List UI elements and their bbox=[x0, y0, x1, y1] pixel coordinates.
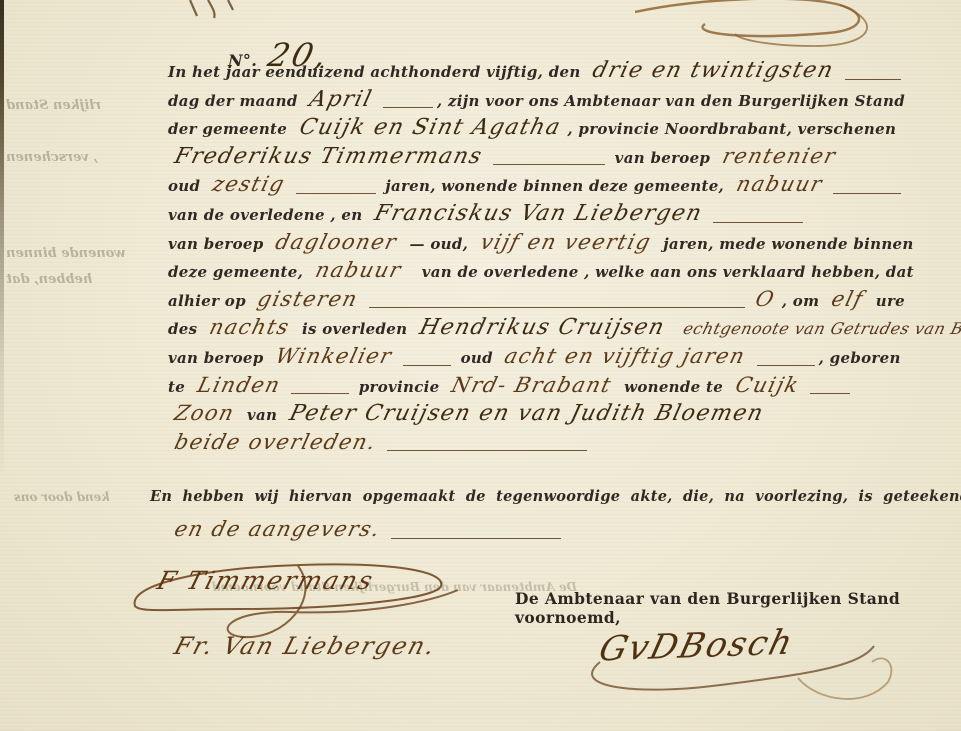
blank-rule bbox=[493, 164, 605, 165]
handwritten-text: Cuijk bbox=[733, 373, 802, 397]
page-edge-shadow bbox=[0, 0, 4, 480]
printed-text: te bbox=[168, 378, 191, 396]
printed-text: En hebben wij hiervan opgemaakt de tegen… bbox=[150, 488, 961, 505]
printed-text: van bbox=[241, 406, 282, 424]
printed-text: , zijn voor ons Ambtenaar van den Burger… bbox=[437, 92, 905, 110]
handwritten-text: Franciskus Van Liebergen bbox=[372, 201, 705, 226]
printed-text: , geboren bbox=[819, 349, 901, 367]
handwritten-text: drie en twintigsten bbox=[590, 58, 837, 83]
bleedthrough-text: wonende binnen bbox=[6, 246, 126, 261]
blank-rule bbox=[296, 193, 376, 194]
printed-text: ure bbox=[870, 292, 905, 310]
signature-declarant-1: F Timmermans bbox=[158, 566, 374, 595]
document-line: te Linden provincie Nrd- Brabant wonende… bbox=[168, 373, 905, 402]
handwritten-text: Zoon bbox=[172, 401, 237, 425]
handwritten-text: Nrd- Brabant bbox=[449, 373, 615, 397]
document-line: der gemeente Cuijk en Sint Agatha, provi… bbox=[168, 115, 905, 144]
handwritten-text: Frederikus Timmermans bbox=[172, 144, 485, 169]
bleedthrough-text: , verschenen bbox=[6, 150, 98, 165]
blank-rule bbox=[383, 107, 433, 108]
blank-rule bbox=[369, 307, 745, 308]
printed-text: des bbox=[168, 320, 203, 338]
printed-text: jaren, mede wonende binnen bbox=[658, 235, 914, 253]
printed-text: van beroep bbox=[168, 349, 269, 367]
document-line: beide overleden. bbox=[168, 430, 905, 459]
printed-text: der gemeente bbox=[168, 120, 293, 138]
handwritten-text: Linden bbox=[195, 373, 284, 397]
document-line: des nachts is overleden Hendrikus Cruijs… bbox=[168, 315, 905, 344]
handwritten-text: nabuur bbox=[734, 172, 826, 196]
handwritten-text: daglooner bbox=[273, 230, 400, 254]
handwritten-text: Peter Cruijsen en van Judith Bloemen bbox=[287, 401, 767, 426]
blank-rule bbox=[391, 538, 561, 539]
printed-text: deze gemeente, bbox=[168, 263, 309, 281]
official-title: De Ambtenaar van den Burgerlijken Stand … bbox=[515, 589, 961, 627]
document-line: Frederikus Timmermans van beroep renteni… bbox=[168, 144, 905, 173]
printed-text: In het jaar eenduizend achthonderd vijft… bbox=[168, 63, 586, 81]
handwritten-text: Cuijk en Sint Agatha bbox=[297, 115, 564, 140]
handwritten-text: April bbox=[307, 87, 375, 112]
handwritten-text: echtgenoote van Getrudes van Brij bbox=[676, 319, 961, 338]
handwritten-text: vijf en veertig bbox=[478, 230, 654, 254]
document-line: dag der maand April, zijn voor ons Ambte… bbox=[168, 87, 905, 116]
blank-rule bbox=[845, 79, 901, 80]
printed-text: , om bbox=[782, 292, 825, 310]
printed-text: , provincie Noordbrabant, verschenen bbox=[567, 120, 896, 138]
handwritten-text: rentenier bbox=[720, 144, 839, 168]
printed-text: oud bbox=[455, 349, 498, 367]
document-line: en de aangevers. bbox=[168, 517, 905, 546]
printed-text: dag der maand bbox=[168, 92, 303, 110]
document-line: In het jaar eenduizend achthonderd vijft… bbox=[168, 58, 905, 87]
handwritten-text: beide overleden. bbox=[172, 430, 379, 454]
bleedthrough-text: hebben, dat bbox=[6, 272, 92, 287]
signature-text: Fr. Van Liebergen. bbox=[171, 632, 440, 660]
signature-official: GvDBosch bbox=[599, 623, 794, 670]
signature-declarant-2: Fr. Van Liebergen. bbox=[175, 632, 436, 660]
blank-rule bbox=[757, 365, 815, 366]
document-line: van de overledene , en Franciskus Van Li… bbox=[168, 201, 905, 230]
handwritten-text: nachts bbox=[207, 315, 293, 339]
printed-text: — oud, bbox=[404, 235, 474, 253]
printed-text: alhier op bbox=[168, 292, 251, 310]
document-line: deze gemeente, nabuur van de overledene … bbox=[168, 258, 905, 287]
blank-rule bbox=[387, 450, 587, 451]
handwritten-text: acht en vijftig jaren bbox=[502, 344, 748, 368]
handwritten-text: zestig bbox=[210, 172, 288, 196]
handwritten-text: Winkelier bbox=[273, 344, 395, 368]
bleedthrough-text: kend door ons bbox=[14, 490, 110, 504]
document-line: oud zestig jaren, wonende binnen deze ge… bbox=[168, 172, 905, 201]
signature-text: F Timmermans bbox=[154, 566, 378, 595]
document-line: van beroep daglooner — oud, vijf en veer… bbox=[168, 230, 905, 259]
blank-rule bbox=[291, 393, 349, 394]
handwritten-text: nabuur bbox=[313, 258, 405, 282]
printed-text: is overleden bbox=[296, 320, 412, 338]
bleedthrough-text: rlijken Stand bbox=[6, 98, 101, 113]
blank-rule bbox=[810, 393, 850, 394]
blank-rule bbox=[713, 222, 803, 223]
printed-text: wonende te bbox=[619, 378, 729, 396]
printed-text: van de overledene , welke aan ons verkla… bbox=[416, 263, 914, 281]
signature-text: GvDBosch bbox=[595, 622, 798, 669]
printed-text: jaren, wonende binnen deze gemeente, bbox=[380, 177, 730, 195]
document-line: En hebben wij hiervan opgemaakt de tegen… bbox=[150, 488, 905, 517]
handwritten-text: elf bbox=[829, 287, 866, 311]
blank-rule bbox=[403, 365, 451, 366]
document-line: van beroep Winkelier oud acht en vijftig… bbox=[168, 344, 905, 373]
handwritten-text: en de aangevers. bbox=[172, 517, 383, 541]
printed-text: provincie bbox=[353, 378, 445, 396]
printed-text: van beroep bbox=[609, 149, 716, 167]
printed-text: van beroep bbox=[168, 235, 269, 253]
document-line: Zoon van Peter Cruijsen en van Judith Bl… bbox=[168, 401, 905, 430]
document-line: alhier op gisterenO, om elf ure bbox=[168, 287, 905, 316]
blank-rule bbox=[833, 193, 901, 194]
scanned-death-certificate: { "colors":{ "paper":"#efe9d4", "printed… bbox=[0, 0, 961, 731]
document-body: In het jaar eenduizend achthonderd vijft… bbox=[168, 58, 905, 546]
handwritten-text: gisteren bbox=[255, 287, 361, 311]
printed-text: van de overledene , en bbox=[168, 206, 368, 224]
printed-text: oud bbox=[168, 177, 206, 195]
handwritten-text: O bbox=[753, 287, 778, 311]
handwritten-text: Hendrikus Cruijsen bbox=[417, 315, 668, 340]
